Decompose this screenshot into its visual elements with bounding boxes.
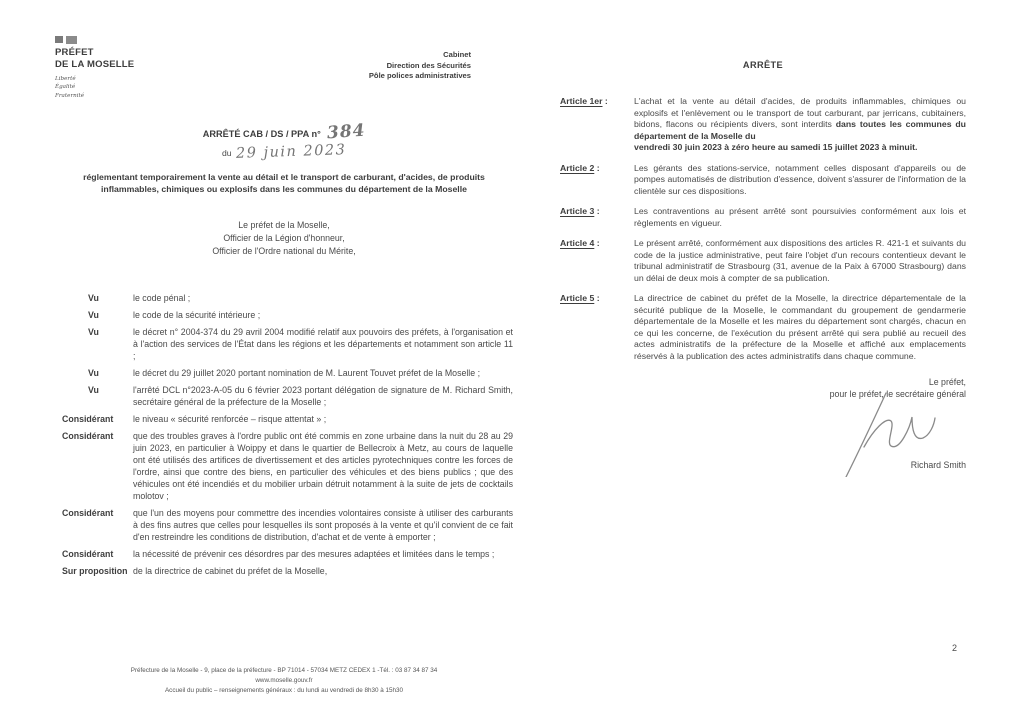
- article-text: Le présent arrêté, conformément aux disp…: [634, 238, 966, 284]
- motto-liberte: Liberté: [55, 75, 205, 83]
- signature-function-line-1: Le préfet,: [560, 376, 966, 388]
- recital-row: Considérant le niveau « sécurité renforc…: [55, 413, 513, 425]
- recital-label: Vu: [55, 367, 133, 379]
- recital-label: Considérant: [55, 507, 133, 543]
- article-row: Article 5 : La directrice de cabinet du …: [560, 293, 966, 362]
- recital-text: que des troubles graves à l'ordre public…: [133, 430, 513, 502]
- recital-text: le niveau « sécurité renforcée – risque …: [133, 413, 513, 425]
- article-text: Les gérants des stations-service, notamm…: [634, 163, 966, 198]
- recital-row: Considérant la nécessité de prévenir ces…: [55, 548, 513, 560]
- recital-text: que l'un des moyens pour commettre des i…: [133, 507, 513, 543]
- articles-list: Article 1er : L'achat et la vente au dét…: [560, 96, 966, 362]
- page-footer: Préfecture de la Moselle - 9, place de l…: [55, 666, 513, 695]
- article-label: Article 5 :: [560, 293, 634, 362]
- republic-motto: Liberté Égalité Fraternité: [55, 75, 205, 100]
- salutation-line-2: Officier de la Légion d'honneur,: [55, 232, 513, 245]
- recital-label: Vu: [55, 326, 133, 362]
- recital-label: Vu: [55, 384, 133, 408]
- prefecture-logo: PRÉFET DE LA MOSELLE Liberté Égalité Fra…: [55, 36, 205, 100]
- document-canvas: { "colors": { "paper": "#ffffff", "ink":…: [0, 0, 1024, 724]
- decree-subject: réglementant temporairement la vente au …: [58, 172, 510, 195]
- signatory-titles: Le préfet de la Moselle, Officier de la …: [55, 219, 513, 257]
- logo-title: PRÉFET DE LA MOSELLE: [55, 47, 205, 71]
- article-row: Article 4 : Le présent arrêté, conformém…: [560, 238, 966, 284]
- article-row: Article 2 : Les gérants des stations-ser…: [560, 163, 966, 198]
- decree-reference-label: ARRÊTÉ CAB / DS / PPA n°: [203, 129, 321, 139]
- page-1: PRÉFET DE LA MOSELLE Liberté Égalité Fra…: [55, 36, 513, 702]
- recital-text: l'arrêté DCL n°2023-A-05 du 6 février 20…: [133, 384, 513, 408]
- article-text: La directrice de cabinet du préfet de la…: [634, 293, 966, 362]
- article-label: Article 4 :: [560, 238, 634, 284]
- recital-row: Vu le code de la sécurité intérieure ;: [55, 309, 513, 321]
- recital-label: Vu: [55, 309, 133, 321]
- arrete-heading: ARRÊTE: [560, 60, 966, 70]
- issuing-service-block: Cabinet Direction des Sécurités Pôle pol…: [369, 50, 513, 82]
- article-text: Les contraventions au présent arrêté son…: [634, 206, 966, 229]
- footer-address: Préfecture de la Moselle - 9, place de l…: [55, 666, 513, 676]
- recital-row: Considérant que l'un des moyens pour com…: [55, 507, 513, 543]
- recital-text: le code de la sécurité intérieure ;: [133, 309, 513, 321]
- logo-line-1: PRÉFET: [55, 47, 205, 59]
- recitals-list: Vu le code pénal ; Vu le code de la sécu…: [55, 292, 513, 577]
- letterhead: PRÉFET DE LA MOSELLE Liberté Égalité Fra…: [55, 36, 513, 100]
- recital-text: le décret du 29 juillet 2020 portant nom…: [133, 367, 513, 379]
- article-row: Article 1er : L'achat et la vente au dét…: [560, 96, 966, 154]
- service-line-direction: Direction des Sécurités: [369, 61, 471, 72]
- signatory-name: Richard Smith: [911, 459, 966, 471]
- motto-fraternite: Fraternité: [55, 92, 205, 100]
- decree-date-prefix: du: [222, 148, 232, 158]
- decree-number-handwritten: 384: [326, 121, 366, 144]
- page-2: ARRÊTE Article 1er : L'achat et la vente…: [560, 60, 966, 487]
- motto-egalite: Égalité: [55, 83, 205, 91]
- article-label: Article 3 :: [560, 206, 634, 229]
- article-text: L'achat et la vente au détail d'acides, …: [634, 96, 966, 154]
- page-number: 2: [952, 643, 957, 653]
- recital-text: la nécessité de prévenir ces désordres p…: [133, 548, 513, 560]
- recital-text: le code pénal ;: [133, 292, 513, 304]
- article-row: Article 3 : Les contraventions au présen…: [560, 206, 966, 229]
- footer-website: www.moselle.gouv.fr: [55, 676, 513, 686]
- recital-row: Vu le décret du 29 juillet 2020 portant …: [55, 367, 513, 379]
- service-line-cabinet: Cabinet: [369, 50, 471, 61]
- decree-title-block: ARRÊTÉ CAB / DS / PPA n°384 du29 juin 20…: [55, 122, 513, 160]
- recital-label: Considérant: [55, 548, 133, 560]
- recital-text: de la directrice de cabinet du préfet de…: [133, 565, 513, 577]
- decree-date-handwritten: 29 juin 2023: [235, 142, 346, 162]
- article-label: Article 2 :: [560, 163, 634, 198]
- logo-line-2: DE LA MOSELLE: [55, 59, 205, 71]
- recital-row: Vu le décret n° 2004-374 du 29 avril 200…: [55, 326, 513, 362]
- signature-block: Le préfet, pour le préfet, le secrétaire…: [560, 376, 966, 487]
- recital-row: Vu le code pénal ;: [55, 292, 513, 304]
- republic-flag-icon: [55, 36, 205, 44]
- recital-label: Considérant: [55, 430, 133, 502]
- recital-label: Sur proposition: [55, 565, 133, 577]
- recital-text: le décret n° 2004-374 du 29 avril 2004 m…: [133, 326, 513, 362]
- article-label: Article 1er :: [560, 96, 634, 154]
- recital-row: Vu l'arrêté DCL n°2023-A-05 du 6 février…: [55, 384, 513, 408]
- salutation-line-1: Le préfet de la Moselle,: [55, 219, 513, 232]
- recital-row: Sur proposition de la directrice de cabi…: [55, 565, 513, 577]
- salutation-line-3: Officier de l'Ordre national du Mérite,: [55, 245, 513, 258]
- recital-label: Considérant: [55, 413, 133, 425]
- recital-row: Considérant que des troubles graves à l'…: [55, 430, 513, 502]
- footer-hours: Accueil du public – renseignements génér…: [55, 686, 513, 696]
- recital-label: Vu: [55, 292, 133, 304]
- service-line-pole: Pôle polices administratives: [369, 71, 471, 82]
